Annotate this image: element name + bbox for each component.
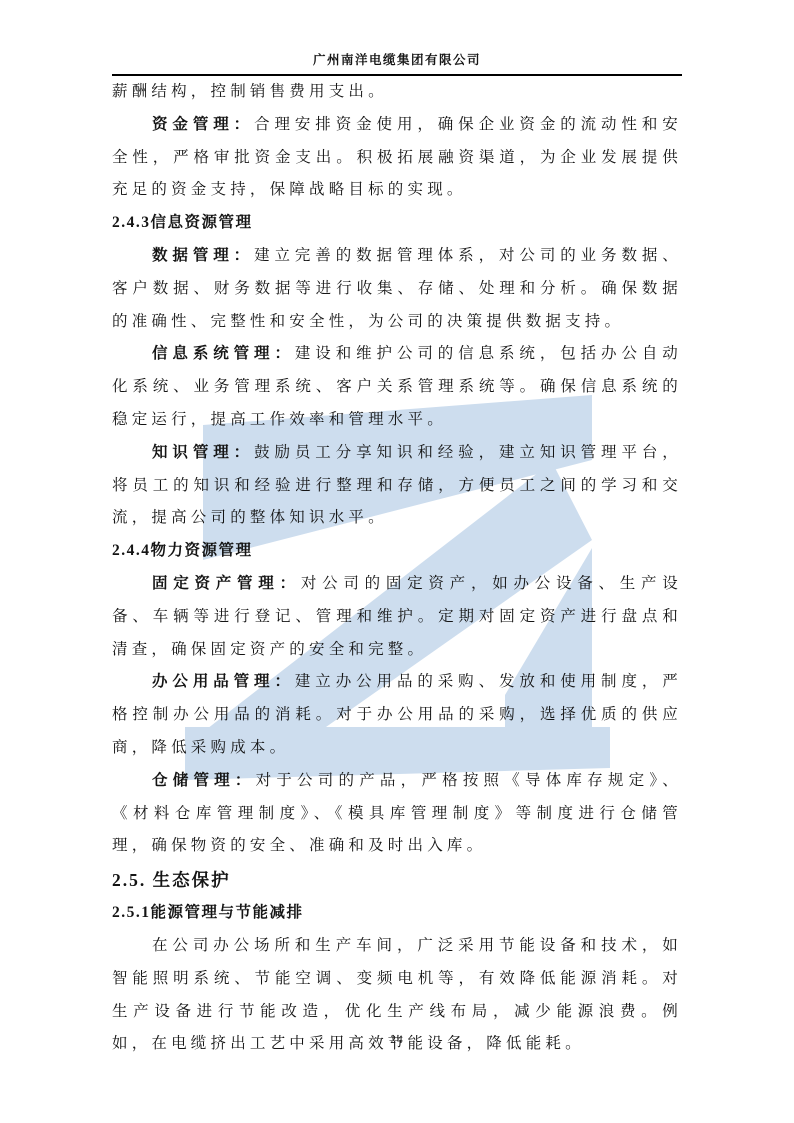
paragraph-label: 资金管理： [152,116,254,133]
page-footer: 24 [0,1034,794,1046]
paragraph-label: 固定资产管理： [152,575,301,592]
paragraph-infosystem-management: 信息系统管理：建设和维护公司的信息系统，包括办公自动化系统、业务管理系统、客户关… [112,338,682,436]
document-page: 广州南洋电缆集团有限公司 薪酬结构，控制销售费用支出。 资金管理：合理安排资金使… [0,0,794,1123]
paragraph-label: 信息系统管理： [152,345,295,362]
paragraph-knowledge-management: 知识管理：鼓励员工分享知识和经验，建立知识管理平台，将员工的知识和经验进行整理和… [112,437,682,535]
paragraph-warehouse-management: 仓储管理：对于公司的产品，严格按照《导体库存规定》、《材料仓库管理制度》、《模具… [112,765,682,863]
paragraph-label: 仓储管理： [152,772,256,789]
document-body: 薪酬结构，控制销售费用支出。 资金管理：合理安排资金使用，确保企业资金的流动性和… [112,76,682,1061]
page-header: 广州南洋电缆集团有限公司 [112,50,682,76]
chapter-heading-25: 2.5. 生态保护 [112,863,682,897]
paragraph-continuation: 薪酬结构，控制销售费用支出。 [112,76,682,109]
paragraph-fixed-assets: 固定资产管理：对公司的固定资产，如办公设备、生产设备、车辆等进行登记、管理和维护… [112,568,682,666]
section-heading-251: 2.5.1能源管理与节能减排 [112,897,682,930]
paragraph-label: 知识管理： [152,444,254,461]
section-heading-244: 2.4.4物力资源管理 [112,535,682,568]
section-heading-243: 2.4.3信息资源管理 [112,207,682,240]
paragraph-data-management: 数据管理：建立完善的数据管理体系，对公司的业务数据、客户数据、财务数据等进行收集… [112,240,682,338]
paragraph-label: 数据管理： [152,247,254,264]
page-number: 24 [390,1034,404,1046]
company-name: 广州南洋电缆集团有限公司 [313,53,481,67]
paragraph-funds-management: 资金管理：合理安排资金使用，确保企业资金的流动性和安全性，严格审批资金支出。积极… [112,109,682,207]
paragraph-label: 办公用品管理： [152,673,295,690]
paragraph-office-supplies: 办公用品管理：建立办公用品的采购、发放和使用制度，严格控制办公用品的消耗。对于办… [112,666,682,764]
